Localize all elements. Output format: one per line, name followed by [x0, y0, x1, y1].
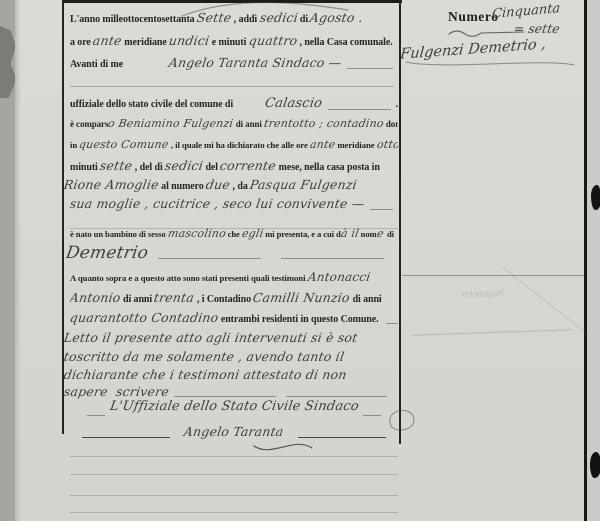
handwritten-text: due	[205, 177, 231, 192]
document-line: uffiziale dello stato civile del comune …	[70, 96, 398, 113]
handwritten-text: dichiarante che i testimoni attestato di…	[64, 367, 348, 382]
printed-form-text: , i Contadino	[195, 294, 254, 305]
handwritten-text: e	[376, 227, 388, 240]
numero-value: Cinquanta	[492, 1, 561, 22]
ruled-line	[363, 415, 381, 416]
bleedthrough-text: Numero	[462, 286, 504, 301]
handwritten-text: questo Comune	[78, 138, 170, 151]
printed-form-text: meridiane	[122, 37, 169, 48]
handwritten-text: Calascio	[264, 96, 324, 111]
document-line: Demetrio	[66, 243, 394, 263]
document-line: Angelo Taranta	[70, 424, 398, 444]
printed-form-text: e minuti	[209, 37, 248, 48]
document-line	[70, 508, 398, 516]
ruled-line	[70, 512, 398, 513]
document-line: a ore ante meridiane undici e minuti qua…	[70, 33, 398, 50]
document-line: in questo Comune , il quale mi ha dichia…	[70, 138, 398, 155]
ruled-line	[82, 437, 170, 438]
printed-form-text: nom	[359, 229, 377, 239]
handwritten-text: Antonacci	[306, 270, 371, 284]
printed-form-text: A quanto sopra e a questo atto sono stat…	[70, 273, 308, 283]
document-line: sua moglie , cucitrice , seco lui conviv…	[70, 196, 398, 213]
document-line	[70, 491, 398, 499]
form-border-middle	[399, 0, 401, 444]
printed-form-text: .	[396, 99, 398, 110]
printed-form-text: di anni	[234, 119, 264, 129]
document-line: minuti sette , del dì sedici del corrent…	[70, 158, 398, 175]
ruled-line	[70, 474, 398, 475]
margin-rule	[402, 275, 584, 276]
handwritten-text: Camilli Nunzio	[252, 290, 351, 305]
printed-form-text: L'anno milleottocentosettanta	[70, 14, 197, 25]
ruled-line	[386, 323, 398, 324]
separator-rule	[70, 86, 394, 87]
ruled-line	[286, 396, 388, 397]
ruled-line	[370, 209, 393, 210]
printed-form-text: di anni	[350, 294, 381, 305]
ruled-line	[70, 456, 398, 457]
printed-form-text: è nato un bambino di sesso	[70, 229, 168, 239]
handwritten-text: Rione Amoglie	[64, 177, 160, 192]
document-line: Avanti di me Angelo Taranta Sindaco —	[70, 55, 398, 72]
handwritten-text: sua moglie , cucitrice , seco lui conviv…	[70, 196, 366, 211]
printed-form-text: mi presenta, e a cui d	[263, 229, 341, 239]
ink-blot	[591, 185, 600, 210]
printed-form-text: , addì	[231, 14, 259, 25]
printed-form-text: , il quale mi ha dichiarato che alle ore	[169, 140, 310, 150]
document-line: è comparso Beniamino Fulgenzi di anni tr…	[70, 117, 398, 134]
printed-form-text: è compars	[70, 119, 108, 129]
handwritten-text: sette	[99, 158, 134, 173]
handwritten-text: corrente	[219, 158, 277, 173]
document-line: Letto il presente atto agli intervenuti …	[64, 330, 392, 347]
handwritten-text: o Beniamino Fulgenzi	[107, 117, 234, 130]
handwritten-text: Antonio	[70, 290, 122, 305]
handwritten-text: Angelo Taranta Sindaco —	[168, 55, 343, 70]
printed-form-text: , da	[230, 181, 250, 192]
name-flourish-icon	[404, 56, 578, 72]
document-line: L'Uffiziale dello Stato Civile Sindaco	[70, 399, 398, 419]
page-shadow	[15, 0, 21, 521]
handwritten-text: otto	[376, 138, 398, 151]
printed-form-text: minuti	[70, 162, 100, 173]
printed-form-text: , del dì	[132, 162, 165, 173]
printed-form-text: che	[226, 229, 242, 239]
ink-blot	[590, 452, 600, 478]
printed-form-text: del	[203, 162, 220, 173]
printed-form-text: entrambi residenti in questo Comune.	[218, 314, 380, 325]
bleedthrough-stroke	[501, 266, 588, 335]
signature-flourish-icon	[252, 438, 316, 458]
pen-loop-icon	[386, 400, 418, 442]
handwritten-text: Pasqua Fulgenzi	[249, 177, 358, 192]
printed-form-text: di anni	[121, 294, 155, 305]
ruled-line	[347, 68, 393, 69]
handwritten-text: sedici	[258, 10, 298, 25]
printed-form-text: al numero	[159, 181, 206, 192]
document-line	[70, 452, 398, 460]
handwritten-text: L'Uffiziale dello Stato Civile Sindaco	[108, 399, 359, 414]
handwritten-text: Agosto .	[309, 10, 364, 25]
printed-form-text: mese, nella casa posta in	[276, 162, 380, 173]
handwritten-text: egli	[241, 227, 264, 240]
printed-form-text: domiciliato	[384, 119, 398, 129]
printed-form-text: a ore	[70, 37, 93, 48]
ruled-line	[281, 258, 384, 259]
handwritten-text: quarantotto Contadino	[70, 310, 220, 325]
handwritten-text: undici	[168, 33, 211, 48]
handwritten-text: toscritto da me solamente , avendo tanto…	[64, 349, 345, 364]
document-line: Rione Amoglie al numero due , da Pasqua …	[64, 177, 392, 194]
handwritten-text: trentotto ; contadino	[263, 117, 385, 130]
ruled-line	[158, 258, 261, 259]
handwritten-text: quattro	[247, 33, 298, 48]
printed-form-text: di	[387, 229, 394, 239]
printed-form-text: , nella Casa comunale.	[297, 37, 392, 48]
handwritten-text: trenta	[153, 290, 196, 305]
handwritten-text: mascolino	[167, 227, 227, 240]
document-line: toscritto da me solamente , avendo tanto…	[64, 349, 392, 366]
printed-form-text: Avanti di me	[70, 59, 125, 70]
document-line: Antonio di anni trenta , i Contadino Cam…	[70, 290, 398, 307]
flourish-icon	[447, 27, 527, 39]
handwritten-text: sedici	[164, 158, 204, 173]
page-right-margin	[587, 0, 600, 521]
document-line: dichiarante che i testimoni attestato di…	[64, 367, 392, 384]
margin-faint-rule	[412, 329, 572, 336]
handwritten-text: ante	[92, 33, 123, 48]
printed-form-text: meridiane	[335, 140, 376, 150]
ruled-line	[87, 415, 105, 416]
document-scan: L'anno milleottocentosettanta Sette , ad…	[0, 0, 600, 521]
document-line: A quanto sopra e a questo atto sono stat…	[70, 270, 398, 287]
ruled-line	[70, 495, 398, 496]
ruled-line	[174, 396, 276, 397]
document-line: quarantotto Contadino entrambi residenti…	[70, 310, 398, 327]
handwritten-text: Demetrio	[66, 243, 150, 263]
document-line: è nato un bambino di sesso mascolino che…	[70, 227, 398, 244]
printed-form-text: uffiziale dello stato civile del comune …	[70, 99, 235, 110]
handwritten-text: sapere scrivere	[64, 384, 170, 399]
handwritten-text: ante	[309, 138, 336, 151]
handwritten-text: Sette	[196, 10, 233, 25]
handwritten-text: Angelo Taranta	[183, 424, 285, 439]
document-line: L'anno milleottocentosettanta Sette , ad…	[70, 10, 398, 27]
ruled-line	[328, 109, 391, 110]
document-line	[70, 470, 398, 478]
handwritten-text: à il	[340, 227, 360, 240]
handwritten-text: Letto il presente atto agli intervenuti …	[64, 330, 359, 345]
